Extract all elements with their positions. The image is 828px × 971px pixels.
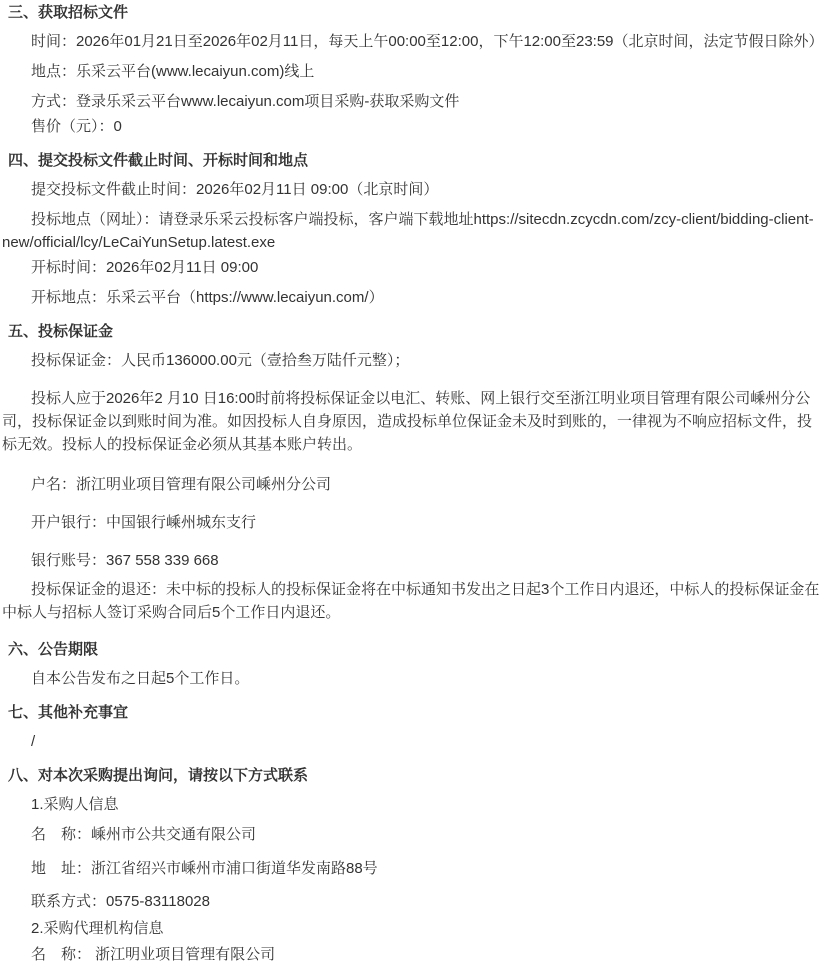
paragraph-purchaser-address: 地 址：浙江省绍兴市嵊州市浦口街道华发南路88号 bbox=[2, 857, 822, 880]
paragraph-purchaser-info-label: 1.采购人信息 bbox=[2, 793, 822, 816]
paragraph-deposit-amount: 投标保证金：人民币136000.00元（壹拾叁万陆仟元整）； bbox=[2, 349, 822, 372]
section-heading-get-documents: 三、获取招标文件 bbox=[2, 2, 822, 24]
paragraph-doc-price: 售价（元）：0 bbox=[2, 115, 822, 138]
paragraph-notice-period: 自本公告发布之日起5个工作日。 bbox=[2, 667, 822, 690]
paragraph-purchaser-name: 名 称：嵊州市公共交通有限公司 bbox=[2, 823, 822, 846]
section-heading-deadline-and-opening: 四、提交投标文件截止时间、开标时间和地点 bbox=[2, 150, 822, 172]
paragraph-doc-method: 方式：登录乐采云平台www.lecaiyun.com项目采购-获取采购文件 bbox=[2, 90, 822, 113]
paragraph-doc-time: 时间：2026年01月21日至2026年02月11日，每天上午00:00至12:… bbox=[2, 30, 822, 53]
paragraph-agency-name: 名 称： 浙江明业项目管理有限公司 bbox=[2, 943, 822, 966]
paragraph-purchaser-phone: 联系方式：0575-83118028 bbox=[2, 890, 822, 913]
section-heading-notice-period: 六、公告期限 bbox=[2, 639, 822, 661]
paragraph-deposit-payment-note: 投标人应于2026年2 月10 日16:00时前将投标保证金以电汇、转账、网上银… bbox=[2, 387, 822, 456]
paragraph-deposit-refund: 投标保证金的退还：未中标的投标人的投标保证金将在中标通知书发出之日起3个工作日内… bbox=[2, 578, 822, 624]
paragraph-account-name: 户名：浙江明业项目管理有限公司嵊州分公司 bbox=[2, 473, 822, 496]
paragraph-bank-account-number: 银行账号：367 558 339 668 bbox=[2, 549, 822, 572]
paragraph-bank-name: 开户银行：中国银行嵊州城东支行 bbox=[2, 511, 822, 534]
tender-announcement-document: 三、获取招标文件 时间：2026年01月21日至2026年02月11日，每天上午… bbox=[0, 0, 828, 971]
section-heading-contact: 八、对本次采购提出询问，请按以下方式联系 bbox=[2, 765, 822, 787]
paragraph-doc-location: 地点：乐采云平台(www.lecaiyun.com)线上 bbox=[2, 60, 822, 83]
paragraph-opening-location: 开标地点：乐采云平台（https://www.lecaiyun.com/） bbox=[2, 286, 822, 309]
section-heading-bid-deposit: 五、投标保证金 bbox=[2, 321, 822, 343]
paragraph-submit-deadline: 提交投标文件截止时间：2026年02月11日 09:00（北京时间） bbox=[2, 178, 822, 201]
paragraph-other-matters: / bbox=[2, 730, 822, 753]
paragraph-agency-info-label: 2.采购代理机构信息 bbox=[2, 917, 822, 940]
paragraph-bid-location-url: 投标地点（网址）：请登录乐采云投标客户端投标，客户端下载地址https://si… bbox=[2, 208, 822, 254]
section-heading-other-matters: 七、其他补充事宜 bbox=[2, 702, 822, 724]
paragraph-opening-time: 开标时间：2026年02月11日 09:00 bbox=[2, 256, 822, 279]
